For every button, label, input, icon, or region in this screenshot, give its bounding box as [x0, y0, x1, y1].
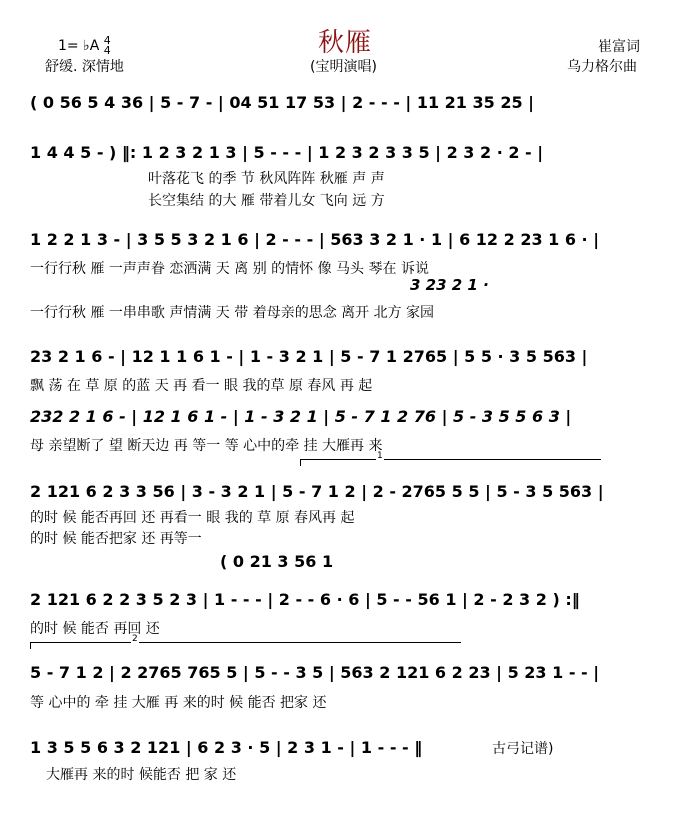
- lyrics-row-3-verse-2: 一行行秋 雁 一串串歌 声情满 天 带 着母亲的思念 离开 北方 家园: [30, 302, 434, 322]
- volta-2: 2: [30, 642, 461, 649]
- lyrics-row-7: 等 心中的 牵 挂 大雁 再 来的时 候 能否 把家 还: [30, 692, 327, 712]
- lyrics-row-5-verse-1: 的时 候 能否再回 还 再看一 眼 我的 草 原 春风再 起: [30, 507, 355, 527]
- lyrics-row-5-verse-2: 的时 候 能否把家 还 再等一: [30, 528, 202, 548]
- lyrics-row-2-verse-1: 叶落花飞 的季 节 秋风阵阵 秋雁 声 声: [148, 168, 385, 188]
- tempo-marking: 舒缓. 深情地: [45, 56, 124, 76]
- score-row-2: 1 4 4 5 - ) ‖: 1 2 3 2 1 3 | 5 - - - | 1…: [30, 143, 658, 162]
- volta-1: 1: [300, 459, 601, 466]
- performer: (宝明演唱): [310, 56, 377, 76]
- score-row-8: 1 3 5 5 6 3 2 121 | 6 2 3 · 5 | 2 3 1 - …: [30, 738, 658, 757]
- song-title: 秋雁: [318, 22, 372, 59]
- score-row-4: 23 2 1 6 - | 12 1 1 6 1 - | 1 - 3 2 1 | …: [30, 347, 658, 366]
- key-signature: 1= ♭A 44: [58, 36, 111, 56]
- lyrics-row-2-verse-2: 长空集结 的大 雁 带着儿女 飞向 远 方: [148, 190, 385, 210]
- score-row-4-verse-2: 232 2 1 6 - | 12 1 6 1 - | 1 - 3 2 1 | 5…: [30, 407, 658, 426]
- lyricist: 崔富词: [598, 36, 640, 56]
- transcriber-credit: 古弓记谱): [492, 738, 553, 758]
- alt-notes-row-3: 3 23 2 1 ·: [410, 276, 510, 294]
- score-row-5: 2 121 6 2 3 3 56 | 3 - 3 2 1 | 5 - 7 1 2…: [30, 482, 658, 501]
- lyrics-row-6: 的时 候 能否 再回 还: [30, 618, 160, 638]
- score-row-6: 2 121 6 2 2 3 5 2 3 | 1 - - - | 2 - - 6 …: [30, 590, 658, 609]
- lyrics-row-8: 大雁再 来的时 候能否 把 家 还: [46, 764, 236, 784]
- time-signature: 44: [104, 36, 111, 56]
- lyrics-row-4-verse-1: 飘 荡 在 草 原 的蓝 天 再 看一 眼 我的草 原 春风 再 起: [30, 375, 372, 395]
- score-row-3: 1 2 2 1 3 - | 3 5 5 3 2 1 6 | 2 - - - | …: [30, 230, 658, 249]
- key-label: 1= ♭A: [58, 38, 99, 54]
- lyrics-row-3-verse-1: 一行行秋 雁 一声声眷 恋洒满 天 离 别 的情怀 像 马头 琴在 诉说: [30, 258, 429, 278]
- composer: 乌力格尔曲: [567, 56, 637, 76]
- interlude-notes: ( 0 21 3 56 1: [220, 552, 340, 571]
- lyrics-row-4-verse-2: 母 亲望断了 望 断天边 再 等一 等 心中的牵 挂 大雁再 来: [30, 435, 383, 455]
- score-row-1: ( 0 56 5 4 36 | 5 - 7 - | 04 51 17 53 | …: [30, 93, 658, 112]
- score-row-7: 5 - 7 1 2 | 2 2765 765 5 | 5 - - 3 5 | 5…: [30, 663, 658, 682]
